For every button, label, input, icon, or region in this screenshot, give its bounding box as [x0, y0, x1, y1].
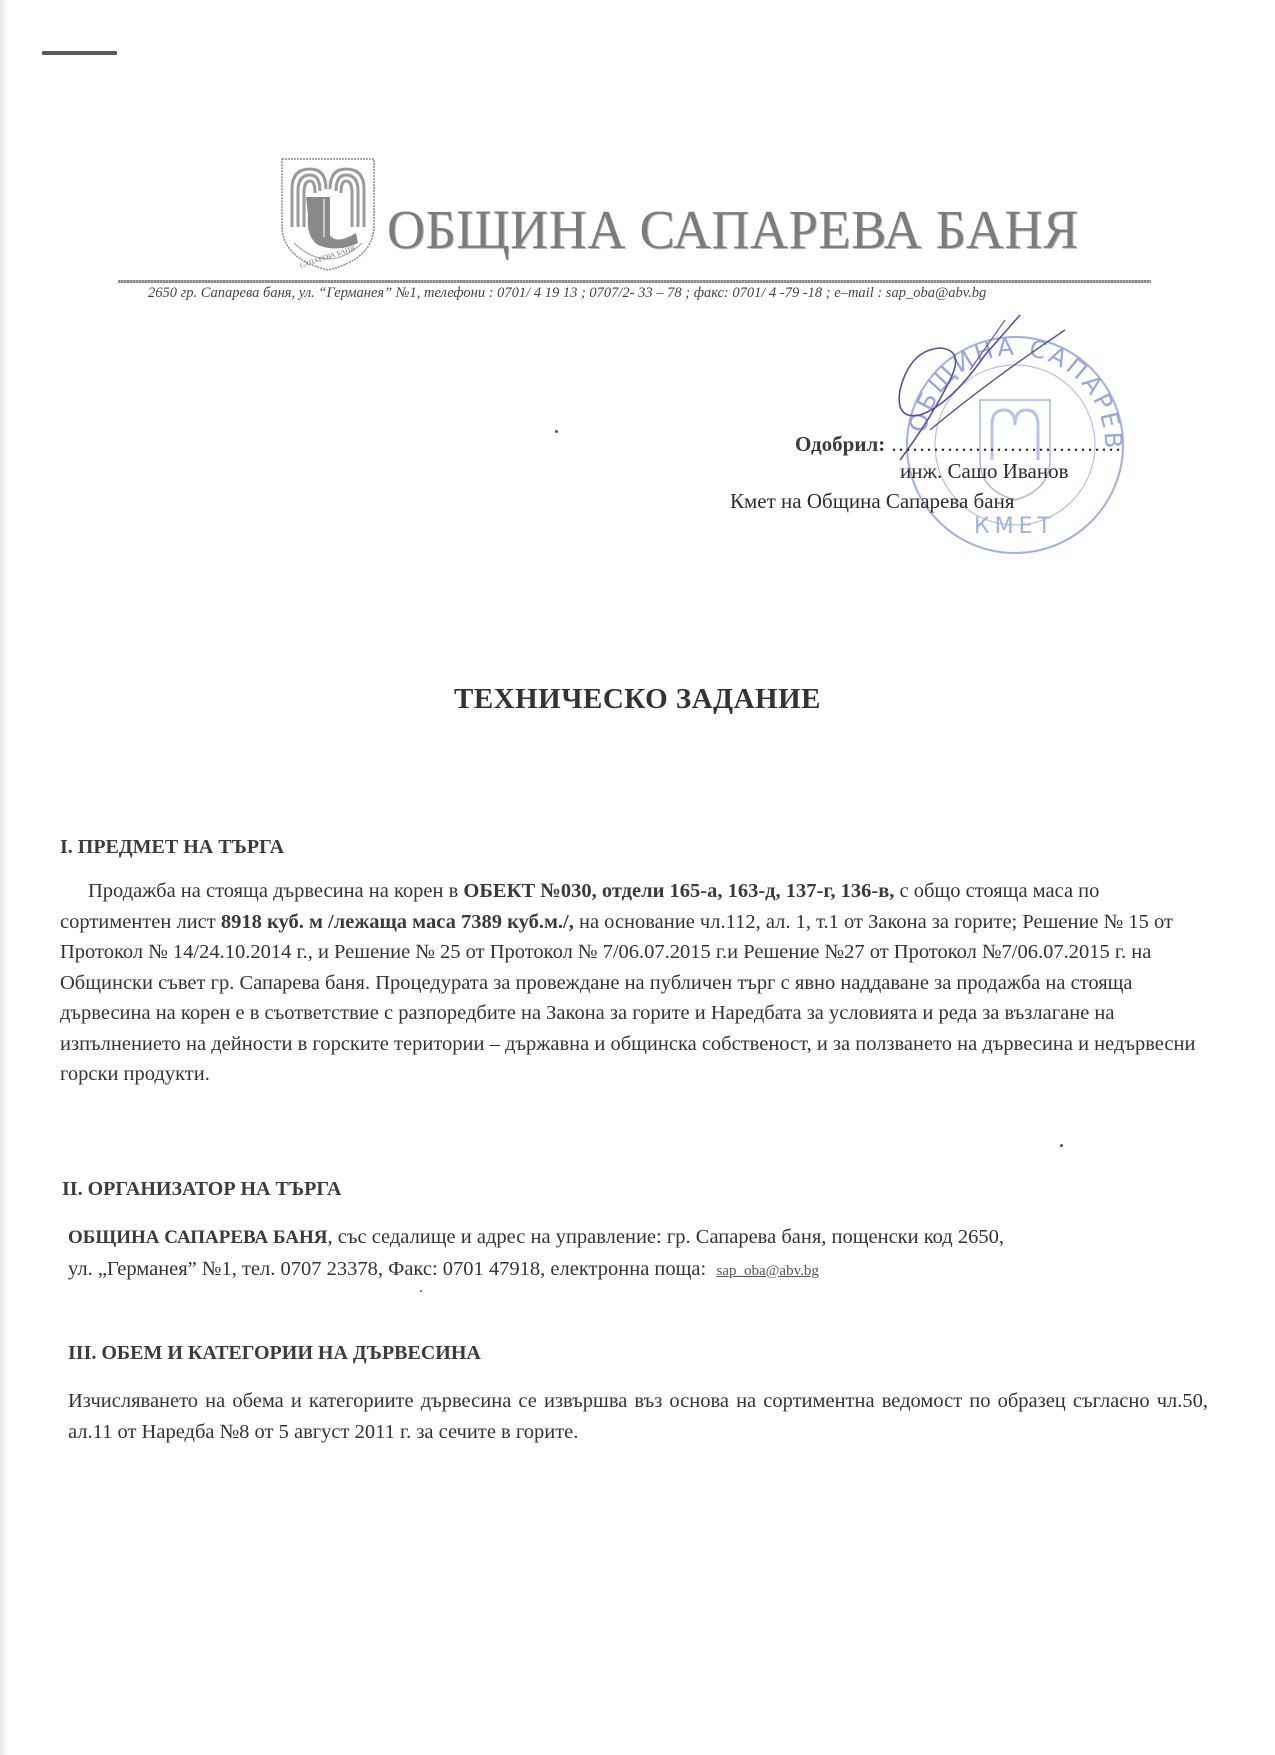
scan-speck — [1060, 1144, 1063, 1147]
letterhead-address: 2650 гр. Сапарева баня, ул. “Германея” №… — [148, 285, 986, 302]
text-run: Продажба на стояща дървесина на корен в — [88, 880, 463, 902]
approver-title: Кмет на Община Сапарева баня — [730, 489, 1014, 514]
section-heading-volume: III. ОБЕМ И КАТЕГОРИИ НА ДЪРВЕСИНА — [68, 1342, 481, 1365]
signature-line: …………………………… — [890, 432, 1121, 456]
volume-reference: 8918 куб. м /лежаща маса 7389 куб.м./, — [221, 911, 574, 933]
approved-by-line: Одобрил: …………………………… — [795, 432, 1121, 457]
letterhead-divider — [118, 280, 1151, 283]
scan-mark — [42, 51, 117, 55]
svg-text:САПАРЕВА БАНЯ: САПАРЕВА БАНЯ — [299, 244, 356, 269]
svg-text:КМЕТ: КМЕТ — [974, 514, 1056, 539]
approved-by-label: Одобрил: — [795, 432, 885, 456]
section-heading-subject: I. ПРЕДМЕТ НА ТЪРГА — [60, 836, 284, 859]
scan-edge-shadow — [0, 0, 8, 1755]
document-title: ТЕХНИЧЕСКО ЗАДАНИЕ — [0, 683, 1275, 716]
organizer-name: ОБЩИНА САПАРЕВА БАНЯ — [68, 1227, 328, 1248]
text-run: ул. „Германея” №1, тел. 0707 23378, Факс… — [68, 1258, 706, 1280]
section-organizer-text: ОБЩИНА САПАРЕВА БАНЯ, със седалище и адр… — [68, 1222, 1198, 1286]
municipality-coat-of-arms-icon: САПАРЕВА БАНЯ — [278, 155, 378, 273]
section-subject-text: Продажба на стояща дървесина на корен в … — [60, 876, 1200, 1090]
section-volume-text: Изчисляването на обема и категориите дър… — [68, 1386, 1208, 1447]
organizer-email-link[interactable]: sap_oba@abv.bg — [716, 1263, 818, 1279]
scan-speck — [420, 1290, 422, 1292]
municipality-name-heading: ОБЩИНА САПАРЕВА БАНЯ — [387, 198, 1079, 261]
text-run: , със седалище и адрес на управление: гр… — [328, 1226, 1004, 1248]
object-reference: ОБЕКТ №030, отдели 165-а, 163-д, 137-г, … — [463, 880, 894, 902]
section-heading-organizer: II. ОРГАНИЗАТОР НА ТЪРГА — [62, 1178, 341, 1201]
scan-speck — [555, 430, 558, 433]
text-run: на основание чл.112, ал. 1, т.1 от Закон… — [60, 911, 1195, 1086]
approver-name: инж. Сашо Иванов — [900, 459, 1069, 484]
